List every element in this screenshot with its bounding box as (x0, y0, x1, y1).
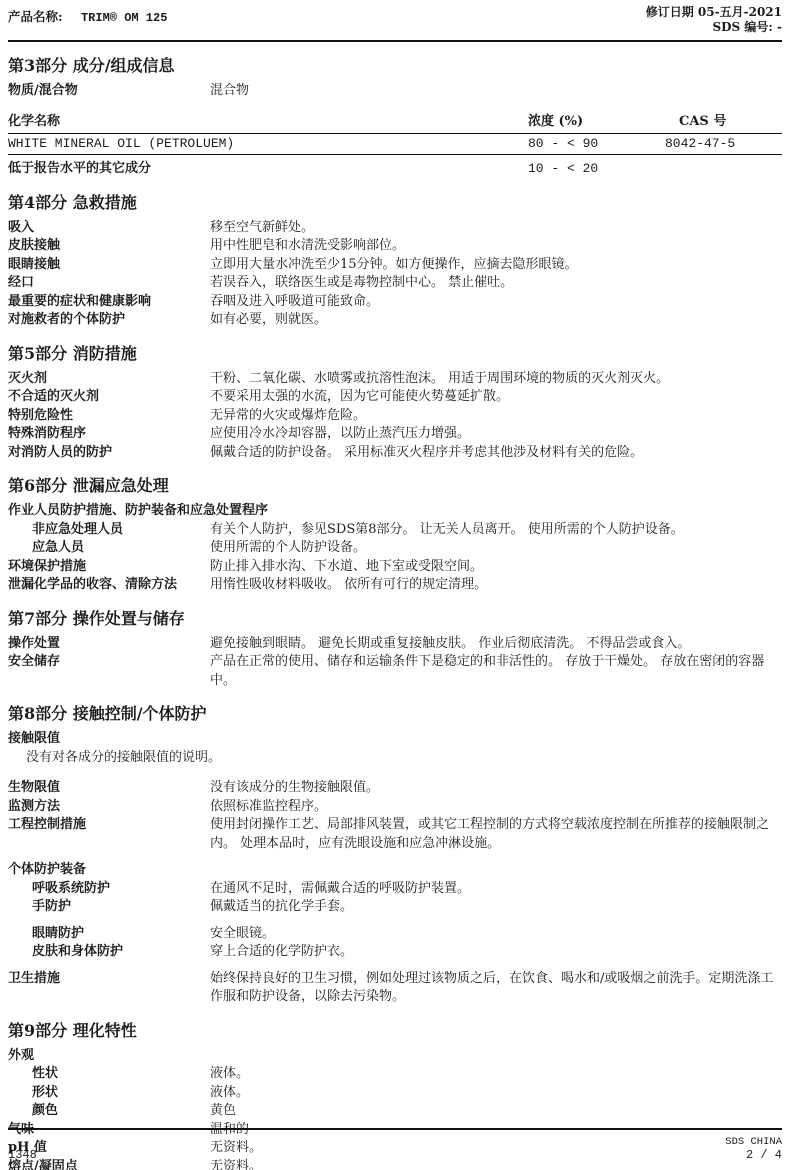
kv-value: 干粉、二氧化碳、水喷雾或抗溶性泡沫。 用适于周围环境的物质的灭火剂灭火。 (210, 370, 782, 389)
component-name: WHITE MINERAL OIL (PETROLUEM) (8, 136, 528, 151)
substance-row: 物质/混合物 混合物 (8, 82, 782, 101)
kv-row-respiratory-protection: 呼吸系统防护 在通风不足时，需佩戴合适的呼吸防护装置。 (8, 880, 782, 899)
col-header-concentration: 浓度 (%) (528, 110, 663, 129)
section-4-title: 第4部分 急救措施 (8, 193, 782, 213)
kv-value: 使用所需的个人防护设备。 (210, 539, 782, 558)
kv-label: 生物限值 (8, 779, 210, 798)
kv-label: 非应急处理人员 (32, 521, 210, 540)
col-header-cas: CAS 号 (663, 110, 782, 129)
kv-value: 在通风不足时，需佩戴合适的呼吸防护装置。 (210, 880, 782, 899)
kv-row-non-emergency-personnel: 非应急处理人员 有关个人防护，参见SDS第8部分。 让无关人员离开。 使用所需的… (8, 521, 782, 540)
kv-label: 特殊消防程序 (8, 425, 210, 444)
spacer (8, 917, 782, 925)
kv-value: 防止排入排水沟、下水道、地下室或受限空间。 (210, 558, 782, 577)
kv-label: 安全储存 (8, 653, 210, 672)
kv-label: 经口 (8, 274, 210, 293)
substance-value: 混合物 (210, 82, 782, 101)
kv-row-eye-protection: 眼睛防护 安全眼镜。 (8, 925, 782, 944)
kv-row-eye-contact: 眼睛接触 立即用大量水冲洗至少15分钟。如方便操作，应摘去隐形眼镜。 (8, 256, 782, 275)
footer-page-code: 1348 (8, 1148, 37, 1162)
kv-row-skin-body-protection: 皮肤和身体防护 穿上合适的化学防护衣。 (8, 943, 782, 962)
kv-row-special-procedures: 特殊消防程序 应使用冷水冷却容器，以防止蒸汽压力增强。 (8, 425, 782, 444)
kv-value: 安全眼镜。 (210, 925, 782, 944)
kv-label: 形状 (32, 1084, 210, 1103)
kv-value: 有关个人防护，参见SDS第8部分。 让无关人员离开。 使用所需的个人防护设备。 (210, 521, 782, 540)
component-name: 低于报告水平的其它成分 (8, 157, 528, 176)
kv-value: 避免接触到眼睛。 避免长期或重复接触皮肤。 作业后彻底清洗。 不得品尝或食入。 (210, 635, 782, 654)
kv-label: 最重要的症状和健康影响 (8, 293, 210, 312)
kv-value: 佩戴合适的防护设备。 采用标准灭火程序并考虑其他涉及材料有关的危险。 (210, 444, 782, 463)
kv-row-extinguishing-media: 灭火剂 干粉、二氧化碳、水喷雾或抗溶性泡沫。 用适于周围环境的物质的灭火剂灭火。 (8, 370, 782, 389)
kv-value: 用惰性吸收材料吸收。 依所有可行的规定清理。 (210, 576, 782, 595)
section-3-title: 第3部分 成分/组成信息 (8, 56, 782, 76)
kv-label: 灭火剂 (8, 370, 210, 389)
kv-value: 移至空气新鲜处。 (210, 219, 782, 238)
kv-row-engineering-controls: 工程控制措施 使用封闭操作工艺、局部排风装置，或其它工程控制的方式将空载浓度控制… (8, 816, 782, 853)
kv-label: 性状 (32, 1065, 210, 1084)
exposure-limits-heading: 接触限值 (8, 730, 782, 749)
kv-label: 眼睛防护 (32, 925, 210, 944)
kv-row-hand-protection: 手防护 佩戴适当的抗化学手套。 (8, 898, 782, 917)
kv-row-containment-cleanup: 泄漏化学品的收容、清除方法 用惰性吸收材料吸收。 依所有可行的规定清理。 (8, 576, 782, 595)
kv-value: 应使用冷水冷却容器，以防止蒸汽压力增强。 (210, 425, 782, 444)
product-name: TRIM® OM 125 (81, 11, 167, 25)
footer-page-number: 2 / 4 (725, 1149, 782, 1162)
kv-row-inhalation: 吸入 移至空气新鲜处。 (8, 219, 782, 238)
kv-value: 无异常的火灾或爆炸危险。 (210, 407, 782, 426)
footer-meta: SDS CHINA 2 / 4 (725, 1136, 782, 1162)
composition-table-row: WHITE MINERAL OIL (PETROLUEM) 80 - < 90 … (8, 134, 782, 155)
kv-row-monitoring-methods: 监测方法 依照标准监控程序。 (8, 798, 782, 817)
kv-row-physical-state: 性状 液体。 (8, 1065, 782, 1084)
kv-value: 没有该成分的生物接触限值。 (210, 779, 782, 798)
kv-label: 应急人员 (32, 539, 210, 558)
kv-row-biological-limits: 生物限值 没有该成分的生物接触限值。 (8, 779, 782, 798)
section-8-title: 第8部分 接触控制/个体防护 (8, 704, 782, 724)
kv-value: 吞咽及进入呼吸道可能致命。 (210, 293, 782, 312)
composition-table-row: 低于报告水平的其它成分 10 - < 20 (8, 155, 782, 179)
kv-row-special-hazards: 特别危险性 无异常的火灾或爆炸危险。 (8, 407, 782, 426)
kv-label: 操作处置 (8, 635, 210, 654)
kv-row-color: 颜色 黄色 (8, 1102, 782, 1121)
kv-label: 手防护 (32, 898, 210, 917)
kv-label: 特别危险性 (8, 407, 210, 426)
section-7-title: 第7部分 操作处置与储存 (8, 609, 782, 629)
appearance-heading: 外观 (8, 1047, 782, 1066)
kv-value: 若误吞入，联络医生或是毒物控制中心。 禁止催吐。 (210, 274, 782, 293)
kv-row-emergency-personnel: 应急人员 使用所需的个人防护设备。 (8, 539, 782, 558)
section-9-title: 第9部分 理化特性 (8, 1021, 782, 1041)
kv-value: 黄色 (210, 1102, 782, 1121)
section-6-subheading: 作业人员防护措施、防护装备和应急处置程序 (8, 502, 782, 521)
kv-value: 穿上合适的化学防护衣。 (210, 943, 782, 962)
spacer (8, 767, 782, 779)
kv-value: 依照标准监控程序。 (210, 798, 782, 817)
kv-label: 对消防人员的防护 (8, 444, 210, 463)
kv-row-skin-contact: 皮肤接触 用中性肥皂和水清洗受影响部位。 (8, 237, 782, 256)
sds-number: SDS 编号: - (646, 20, 782, 35)
kv-label: 环境保护措施 (8, 558, 210, 577)
kv-row-hygiene-measures: 卫生措施 始终保持良好的卫生习惯，例如处理过该物质之后，在饮食、喝水和/或吸烟之… (8, 970, 782, 1007)
kv-label: 皮肤和身体防护 (32, 943, 210, 962)
composition-table-header-row: 化学名称 浓度 (%) CAS 号 (8, 108, 782, 134)
component-concentration: 80 - < 90 (528, 136, 663, 151)
kv-label: 眼睛接触 (8, 256, 210, 275)
spacer (8, 962, 782, 970)
kv-value: 用中性肥皂和水清洗受影响部位。 (210, 237, 782, 256)
kv-value: 佩戴适当的抗化学手套。 (210, 898, 782, 917)
product-name-row: 产品名称: TRIM® OM 125 (8, 5, 167, 25)
kv-value: 始终保持良好的卫生习惯，例如处理过该物质之后，在饮食、喝水和/或吸烟之前洗手。定… (210, 970, 782, 1007)
kv-value: 液体。 (210, 1084, 782, 1103)
page-footer: 1348 SDS CHINA 2 / 4 (8, 1128, 782, 1170)
kv-row-form: 形状 液体。 (8, 1084, 782, 1103)
kv-row-firefighter-protection: 对消防人员的防护 佩戴合适的防护设备。 采用标准灭火程序并考虑其他涉及材料有关的… (8, 444, 782, 463)
kv-row-environmental-precautions: 环境保护措施 防止排入排水沟、下水道、地下室或受限空间。 (8, 558, 782, 577)
product-name-label: 产品名称: (8, 9, 63, 24)
sds-document-page: 产品名称: TRIM® OM 125 修订日期 05-五月-2021 SDS 编… (0, 0, 790, 1170)
kv-label: 呼吸系统防护 (32, 880, 210, 899)
section-6-title: 第6部分 泄漏应急处理 (8, 476, 782, 496)
kv-row-handling: 操作处置 避免接触到眼睛。 避免长期或重复接触皮肤。 作业后彻底清洗。 不得品尝… (8, 635, 782, 654)
composition-table: 化学名称 浓度 (%) CAS 号 WHITE MINERAL OIL (PET… (8, 108, 782, 179)
kv-label: 对施救者的个体防护 (8, 311, 210, 330)
spacer (8, 853, 782, 861)
ppe-heading: 个体防护装备 (8, 861, 782, 880)
kv-label: 卫生措施 (8, 970, 210, 989)
header-meta: 修订日期 05-五月-2021 SDS 编号: - (646, 5, 782, 35)
kv-row-unsuitable-media: 不合适的灭火剂 不要采用太强的水流，因为它可能使火势蔓延扩散。 (8, 388, 782, 407)
kv-row-symptoms: 最重要的症状和健康影响 吞咽及进入呼吸道可能致命。 (8, 293, 782, 312)
kv-label: 监测方法 (8, 798, 210, 817)
exposure-limits-note: 没有对各成分的接触限值的说明。 (26, 749, 782, 768)
page-header: 产品名称: TRIM® OM 125 修订日期 05-五月-2021 SDS 编… (8, 5, 782, 42)
col-header-chemical-name: 化学名称 (8, 110, 528, 129)
substance-label: 物质/混合物 (8, 82, 210, 101)
kv-value: 液体。 (210, 1065, 782, 1084)
section-5-title: 第5部分 消防措施 (8, 344, 782, 364)
kv-value: 不要采用太强的水流，因为它可能使火势蔓延扩散。 (210, 388, 782, 407)
kv-label: 泄漏化学品的收容、清除方法 (8, 576, 210, 595)
kv-value: 如有必要，则就医。 (210, 311, 782, 330)
kv-value: 使用封闭操作工艺、局部排风装置，或其它工程控制的方式将空载浓度控制在所推荐的接触… (210, 816, 782, 853)
kv-label: 不合适的灭火剂 (8, 388, 210, 407)
kv-value: 立即用大量水冲洗至少15分钟。如方便操作，应摘去隐形眼镜。 (210, 256, 782, 275)
component-concentration: 10 - < 20 (528, 161, 663, 176)
kv-row-storage: 安全储存 产品在正常的使用、储存和运输条件下是稳定的和非活性的。 存放于干燥处。… (8, 653, 782, 690)
kv-label: 皮肤接触 (8, 237, 210, 256)
kv-label: 吸入 (8, 219, 210, 238)
kv-value: 产品在正常的使用、储存和运输条件下是稳定的和非活性的。 存放于干燥处。 存放在密… (210, 653, 782, 690)
component-cas: 8042-47-5 (663, 136, 782, 151)
kv-row-rescuer-protection: 对施救者的个体防护 如有必要，则就医。 (8, 311, 782, 330)
kv-label: 颜色 (32, 1102, 210, 1121)
revision-date: 修订日期 05-五月-2021 (646, 5, 782, 20)
kv-label: 工程控制措施 (8, 816, 210, 835)
kv-row-ingestion: 经口 若误吞入，联络医生或是毒物控制中心。 禁止催吐。 (8, 274, 782, 293)
